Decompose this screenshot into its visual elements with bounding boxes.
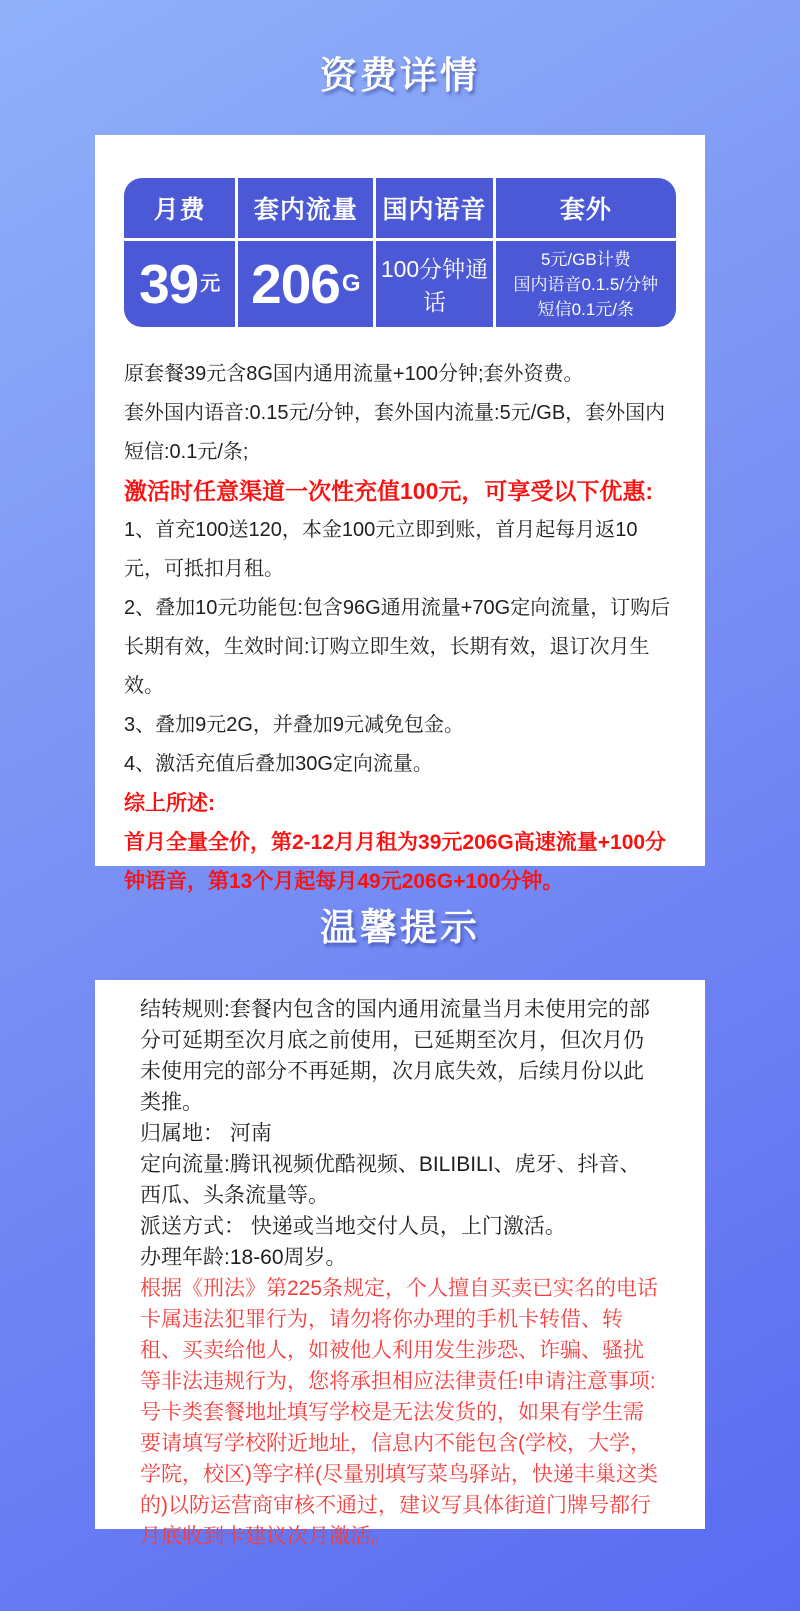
- tariff-text-block: 原套餐39元含8G国内通用流量+100分钟;套外资费。 套外国内语音:0.15元…: [124, 355, 676, 901]
- overage-line-voice: 国内语音0.1.5/分钟: [514, 272, 659, 297]
- monthly-fee-unit: 元: [200, 274, 220, 294]
- tariff-promo-page: { "colors": { "background_top": "#90b1fa…: [0, 0, 800, 1611]
- tariff-paragraph-overage-rates: 套外国内语音:0.15元/分钟，套外国内流量:5元/GB，套外国内短信:0.1元…: [124, 394, 676, 472]
- plan-table-header-overage: 套外: [496, 178, 676, 238]
- tariff-item-3: 3、叠加9元2G，并叠加9元减免包金。: [124, 706, 676, 745]
- tariff-item-2: 2、叠加10元功能包:包含96G通用流量+70G定向流量，订购后长期有效，生效时…: [124, 589, 676, 706]
- tariff-heading-recharge-offer: 激活时任意渠道一次性充值100元，可享受以下优惠:: [124, 472, 676, 511]
- section-title-tariff: 资费详情: [0, 0, 800, 100]
- plan-table-header-monthly-fee: 月费: [124, 178, 235, 238]
- plan-table: 月费 套内流量 国内语音 套外 39元 206G 100分钟通话 5元/GB计费…: [124, 178, 676, 327]
- plan-table-cell-voice: 100分钟通话: [376, 241, 492, 327]
- tariff-item-1: 1、首充100送120，本金100元立即到账，首月起每月返10元，可抵扣月租。: [124, 511, 676, 589]
- tips-text-block: 结转规则:套餐内包含的国内通用流量当月未使用完的部分可延期至次月底之前使用，已延…: [140, 994, 660, 1552]
- tips-directed-traffic: 定向流量:腾讯视频优酷视频、BILIBILI、虎牙、抖音、西瓜、头条流量等。: [140, 1149, 660, 1211]
- tips-rollover-rule: 结转规则:套餐内包含的国内通用流量当月未使用完的部分可延期至次月底之前使用，已延…: [140, 994, 660, 1118]
- data-allowance-unit: G: [342, 272, 361, 296]
- tips-legal-warning: 根据《刑法》第225条规定，个人擅自买卖已实名的电话卡属违法犯罪行为，请勿将你办…: [140, 1273, 660, 1397]
- plan-table-cell-overage: 5元/GB计费 国内语音0.1.5/分钟 短信0.1元/条: [496, 241, 676, 327]
- data-allowance-value: 206: [251, 257, 340, 312]
- tariff-paragraph-base-plan: 原套餐39元含8G国内通用流量+100分钟;套外资费。: [124, 355, 676, 394]
- tariff-summary-text: 首月全量全价，第2-12月月租为39元206G高速流量+100分钟语音，第13个…: [124, 823, 676, 901]
- tariff-item-4: 4、激活充值后叠加30G定向流量。: [124, 745, 676, 784]
- tips-age-requirement: 办理年龄:18-60周岁。: [140, 1242, 660, 1273]
- plan-table-cell-monthly-fee: 39元: [124, 241, 235, 327]
- tips-card: 结转规则:套餐内包含的国内通用流量当月未使用完的部分可延期至次月底之前使用，已延…: [95, 980, 705, 1529]
- section-title-tips: 温馨提示: [0, 904, 800, 952]
- monthly-fee-value: 39: [139, 257, 198, 312]
- plan-table-header-domestic-voice: 国内语音: [376, 178, 492, 238]
- tips-delivery-method: 派送方式： 快递或当地交付人员，上门激活。: [140, 1211, 660, 1242]
- tariff-card: 月费 套内流量 国内语音 套外 39元 206G 100分钟通话 5元/GB计费…: [95, 135, 705, 866]
- tips-home-location: 归属地： 河南: [140, 1118, 660, 1149]
- tips-address-notice: 号卡类套餐地址填写学校是无法发货的，如果有学生需要请填写学校附近地址，信息内不能…: [140, 1397, 660, 1552]
- plan-table-cell-data-allowance: 206G: [238, 241, 373, 327]
- overage-line-sms: 短信0.1元/条: [538, 297, 634, 322]
- overage-line-data: 5元/GB计费: [541, 247, 631, 272]
- plan-table-header-included-data: 套内流量: [238, 178, 373, 238]
- tariff-summary-label: 综上所述:: [124, 784, 676, 823]
